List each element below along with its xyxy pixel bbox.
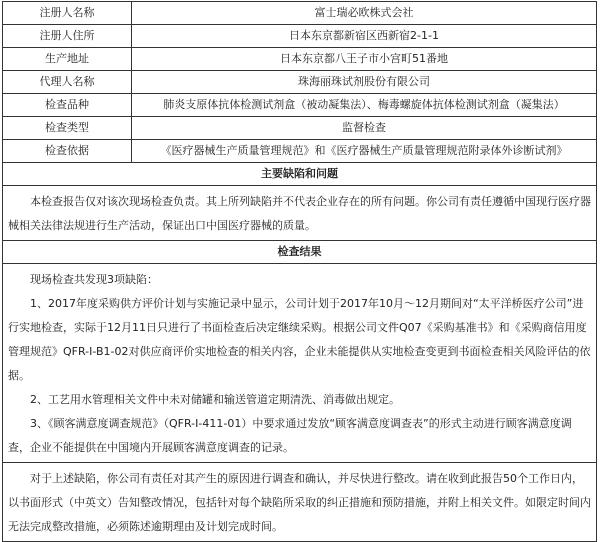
- results-section-header: 检查结果: [3, 241, 597, 264]
- results-intro: 现场检查共发现3项缺陷：: [8, 268, 591, 292]
- field-value: 肺炎支原体抗体检测试剂盒（被动凝集法）、梅毒螺旋体抗体检测试剂盒（凝集法）: [132, 94, 597, 117]
- results-section-body: 现场检查共发现3项缺陷： 1、2017年度采购供方评价计划与实施记录中显示，公司…: [3, 264, 597, 463]
- field-label: 注册人住所: [3, 25, 132, 48]
- field-label: 检查依据: [3, 140, 132, 163]
- field-value: 监督检查: [132, 117, 597, 140]
- info-row-inspection-basis: 检查依据 《医疗器械生产质量管理规范》和《医疗器械生产质量管理规范附录体外诊断试…: [3, 140, 597, 163]
- defects-section-header: 主要缺陷和问题: [3, 163, 597, 186]
- report-table: 注册人名称 富士瑞必欧株式会社 注册人住所 日本东京都新宿区西新宿2-1-1 生…: [2, 1, 597, 487]
- defect-item: 3、《顾客满意度调查规范》（QFR-I-411-01）中要求通过发放“顾客满意度…: [8, 412, 591, 460]
- field-value: 富士瑞必欧株式会社: [132, 2, 597, 25]
- closing-section: 对于上述缺陷，你公司有责任对其产生的原因进行调查和确认，并尽快进行整改。请在收到…: [3, 463, 597, 488]
- defect-item: 2、工艺用水管理相关文件中未对储罐和输送管道定期清洗、消毒做出规定。: [8, 388, 591, 412]
- field-value: 日本东京都八王子市小宫町51番地: [132, 48, 597, 71]
- closing-text: 对于上述缺陷，你公司有责任对其产生的原因进行调查和确认，并尽快进行整改。请在收到…: [8, 467, 591, 487]
- defects-section-body: 本检查报告仅对该次现场检查负责。其上所列缺陷并不代表企业存在的所有问题。你公司有…: [3, 186, 597, 241]
- section-title: 检查结果: [3, 241, 597, 264]
- field-label: 生产地址: [3, 48, 132, 71]
- info-row-inspected-products: 检查品种 肺炎支原体抗体检测试剂盒（被动凝集法）、梅毒螺旋体抗体检测试剂盒（凝集…: [3, 94, 597, 117]
- info-row-inspection-type: 检查类型 监督检查: [3, 117, 597, 140]
- section-title: 主要缺陷和问题: [3, 163, 597, 186]
- defect-item: 1、2017年度采购供方评价计划与实施记录中显示，公司计划于2017年10月～1…: [8, 292, 591, 388]
- info-row-production-address: 生产地址 日本东京都八王子市小宫町51番地: [3, 48, 597, 71]
- field-label: 检查类型: [3, 117, 132, 140]
- info-row-registrant-name: 注册人名称 富士瑞必欧株式会社: [3, 2, 597, 25]
- info-row-agent-name: 代理人名称 珠海丽珠试剂股份有限公司: [3, 71, 597, 94]
- field-label: 代理人名称: [3, 71, 132, 94]
- field-value: 日本东京都新宿区西新宿2-1-1: [132, 25, 597, 48]
- disclaimer-text: 本检查报告仅对该次现场检查负责。其上所列缺陷并不代表企业存在的所有问题。你公司有…: [8, 190, 591, 238]
- field-value: 《医疗器械生产质量管理规范》和《医疗器械生产质量管理规范附录体外诊断试剂》: [132, 140, 597, 163]
- field-value: 珠海丽珠试剂股份有限公司: [132, 71, 597, 94]
- info-row-registrant-address: 注册人住所 日本东京都新宿区西新宿2-1-1: [3, 25, 597, 48]
- field-label: 检查品种: [3, 94, 132, 117]
- inspection-report: 注册人名称 富士瑞必欧株式会社 注册人住所 日本东京都新宿区西新宿2-1-1 生…: [2, 1, 597, 487]
- field-label: 注册人名称: [3, 2, 132, 25]
